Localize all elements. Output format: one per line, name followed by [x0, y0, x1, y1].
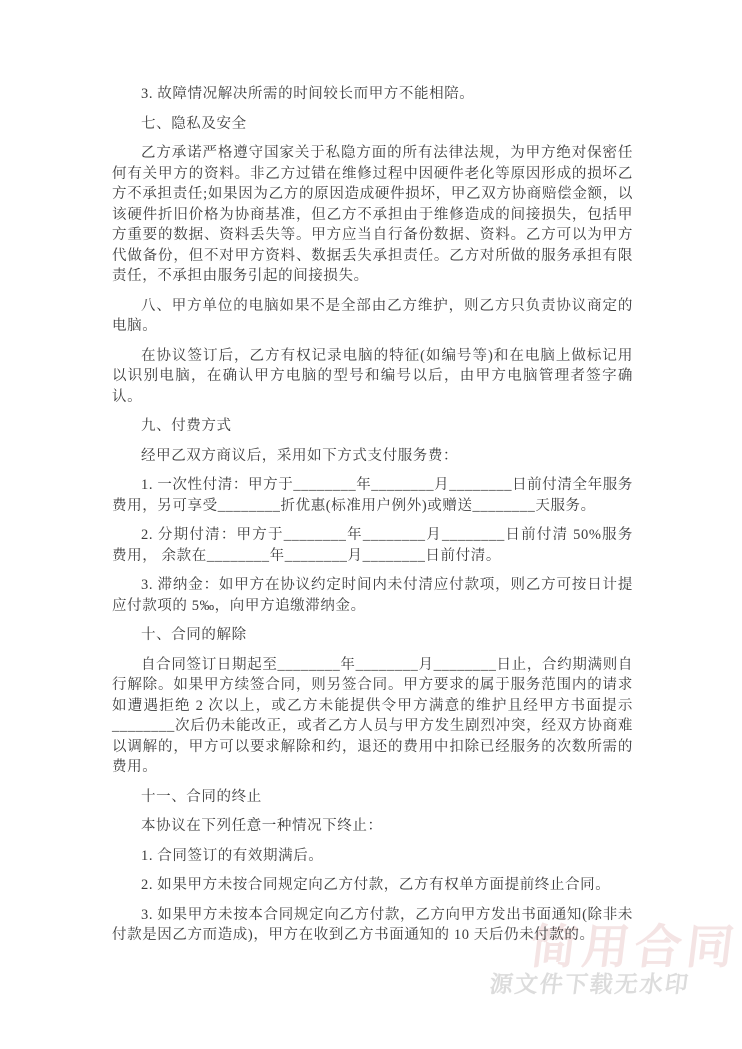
paragraph: 2. 分期付清：甲方于________年________月________日前付…	[112, 525, 633, 566]
contract-document-page: 3. 故障情况解决所需的时间较长而甲方不能相陪。七、隐私及安全乙方承诺严格遵守国…	[0, 0, 742, 1049]
paragraph: 1. 合同签订的有效期满后。	[112, 846, 633, 867]
paragraph: 3. 滞纳金：如甲方在协议约定时间内未付清应付款项，则乙方可按日计提应付款项的 …	[112, 575, 633, 616]
paragraph: 3. 如果甲方未按本合同规定向乙方付款，乙方向甲方发出书面通知(除非未付款是因乙…	[112, 905, 633, 946]
watermark-tagline: 源文件下载无水印	[488, 966, 692, 999]
document-body: 3. 故障情况解决所需的时间较长而甲方不能相陪。七、隐私及安全乙方承诺严格遵守国…	[112, 84, 633, 955]
paragraph: 本协议在下列任意一种情况下终止：	[112, 816, 633, 837]
paragraph: 经甲乙双方商议后，采用如下方式支付服务费：	[112, 446, 633, 467]
section-heading: 九、付费方式	[112, 416, 633, 437]
paragraph: 1. 一次性付清：甲方于________年________月________日前…	[112, 475, 633, 516]
paragraph: 八、甲方单位的电脑如果不是全部由乙方维护，则乙方只负责协议商定的电脑。	[112, 296, 633, 337]
section-heading: 十一、合同的终止	[112, 787, 633, 808]
section-heading: 七、隐私及安全	[112, 114, 633, 135]
paragraph: 3. 故障情况解决所需的时间较长而甲方不能相陪。	[112, 84, 633, 105]
paragraph: 2. 如果甲方未按合同规定向乙方付款，乙方有权单方面提前终止合同。	[112, 875, 633, 896]
section-heading: 十、合同的解除	[112, 625, 633, 646]
paragraph: 乙方承诺严格遵守国家关于私隐方面的所有法律法规，为甲方绝对保密任何有关甲方的资料…	[112, 143, 633, 287]
paragraph: 自合同签订日期起至________年________月________日止，合约…	[112, 655, 633, 778]
paragraph: 在协议签订后，乙方有权记录电脑的特征(如编号等)和在电脑上做标记用以识别电脑，在…	[112, 346, 633, 408]
